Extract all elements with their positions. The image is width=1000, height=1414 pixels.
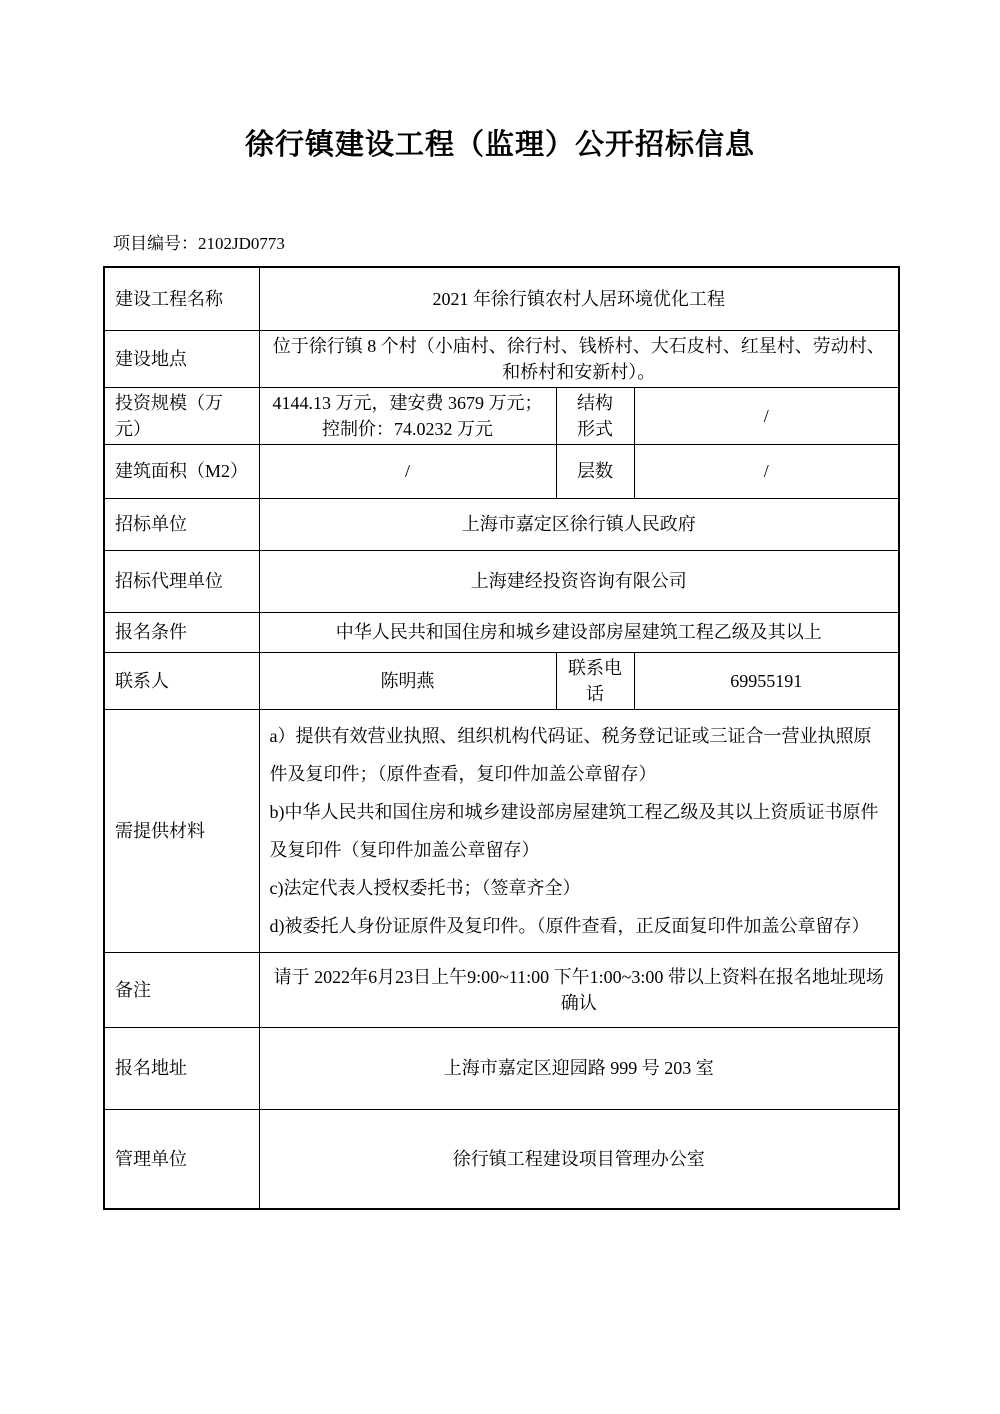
structure-type-line-1: 结构 [567, 390, 624, 416]
table-row-registration-address: 报名地址 上海市嘉定区迎园路 999 号 203 室 [104, 1027, 899, 1109]
table-row-contact: 联系人 陈明燕 联系电 话 69955191 [104, 652, 899, 709]
table-row-investment: 投资规模（万元） 4144.13 万元，建安费 3679 万元； 控制价：74.… [104, 387, 899, 444]
bid-info-table: 建设工程名称 2021 年徐行镇农村人居环境优化工程 建设地点 位于徐行镇 8 … [103, 266, 900, 1210]
value-tenderer: 上海市嘉定区徐行镇人民政府 [259, 498, 899, 550]
table-row-materials: 需提供材料 a）提供有效营业执照、组织机构代码证、税务登记证或三证合一营业执照原… [104, 709, 899, 952]
value-structure-type: / [634, 387, 899, 444]
value-materials: a）提供有效营业执照、组织机构代码证、税务登记证或三证合一营业执照原件及复印件；… [259, 709, 899, 952]
materials-item-c: c)法定代表人授权委托书；（签章齐全） [270, 869, 889, 907]
label-agency: 招标代理单位 [104, 550, 259, 612]
page-title: 徐行镇建设工程（监理）公开招标信息 [0, 126, 1000, 162]
value-floors: / [634, 444, 899, 498]
table-row-project-name: 建设工程名称 2021 年徐行镇农村人居环境优化工程 [104, 267, 899, 330]
investment-line-1: 4144.13 万元，建安费 3679 万元； [270, 390, 546, 416]
value-project-name: 2021 年徐行镇农村人居环境优化工程 [259, 267, 899, 330]
table-row-registration-condition: 报名条件 中华人民共和国住房和城乡建设部房屋建筑工程乙级及其以上 [104, 612, 899, 652]
value-remark: 请于 2022年6月23日上午9:00~11:00 下午1:00~3:00 带以… [259, 952, 899, 1027]
label-tenderer: 招标单位 [104, 498, 259, 550]
label-materials: 需提供材料 [104, 709, 259, 952]
label-registration-address: 报名地址 [104, 1027, 259, 1109]
project-number-label: 项目编号： [113, 234, 198, 253]
phone-label-line-2: 话 [567, 681, 624, 707]
project-number-value: 2102JD0773 [198, 234, 285, 253]
label-location: 建设地点 [104, 330, 259, 387]
label-registration-condition: 报名条件 [104, 612, 259, 652]
table-row-remark: 备注 请于 2022年6月23日上午9:00~11:00 下午1:00~3:00… [104, 952, 899, 1027]
table-row-location: 建设地点 位于徐行镇 8 个村（小庙村、徐行村、钱桥村、大石皮村、红星村、劳动村… [104, 330, 899, 387]
value-investment: 4144.13 万元，建安费 3679 万元； 控制价：74.0232 万元 [259, 387, 556, 444]
materials-item-d: d)被委托人身份证原件及复印件。（原件查看，正反面复印件加盖公章留存） [270, 907, 889, 945]
value-management-unit: 徐行镇工程建设项目管理办公室 [259, 1109, 899, 1209]
structure-type-line-2: 形式 [567, 416, 624, 442]
investment-line-2: 控制价：74.0232 万元 [270, 416, 546, 442]
value-contact: 陈明燕 [259, 652, 556, 709]
label-remark: 备注 [104, 952, 259, 1027]
label-floors: 层数 [556, 444, 634, 498]
label-management-unit: 管理单位 [104, 1109, 259, 1209]
document-page: 徐行镇建设工程（监理）公开招标信息 项目编号：2102JD0773 建设工程名称… [0, 0, 1000, 1414]
phone-label-line-1: 联系电 [567, 655, 624, 681]
value-phone: 69955191 [634, 652, 899, 709]
label-contact: 联系人 [104, 652, 259, 709]
label-phone: 联系电 话 [556, 652, 634, 709]
table-row-management-unit: 管理单位 徐行镇工程建设项目管理办公室 [104, 1109, 899, 1209]
value-location: 位于徐行镇 8 个村（小庙村、徐行村、钱桥村、大石皮村、红星村、劳动村、和桥村和… [259, 330, 899, 387]
value-floor-area: / [259, 444, 556, 498]
label-structure-type: 结构 形式 [556, 387, 634, 444]
label-investment: 投资规模（万元） [104, 387, 259, 444]
materials-item-a: a）提供有效营业执照、组织机构代码证、税务登记证或三证合一营业执照原件及复印件；… [270, 717, 889, 793]
materials-item-b: b)中华人民共和国住房和城乡建设部房屋建筑工程乙级及其以上资质证书原件及复印件（… [270, 793, 889, 869]
label-project-name: 建设工程名称 [104, 267, 259, 330]
value-registration-condition: 中华人民共和国住房和城乡建设部房屋建筑工程乙级及其以上 [259, 612, 899, 652]
table-row-agency: 招标代理单位 上海建经投资咨询有限公司 [104, 550, 899, 612]
value-registration-address: 上海市嘉定区迎园路 999 号 203 室 [259, 1027, 899, 1109]
value-agency: 上海建经投资咨询有限公司 [259, 550, 899, 612]
label-floor-area: 建筑面积（M2） [104, 444, 259, 498]
project-number: 项目编号：2102JD0773 [113, 234, 285, 254]
table-row-floor-area: 建筑面积（M2） / 层数 / [104, 444, 899, 498]
table-row-tenderer: 招标单位 上海市嘉定区徐行镇人民政府 [104, 498, 899, 550]
